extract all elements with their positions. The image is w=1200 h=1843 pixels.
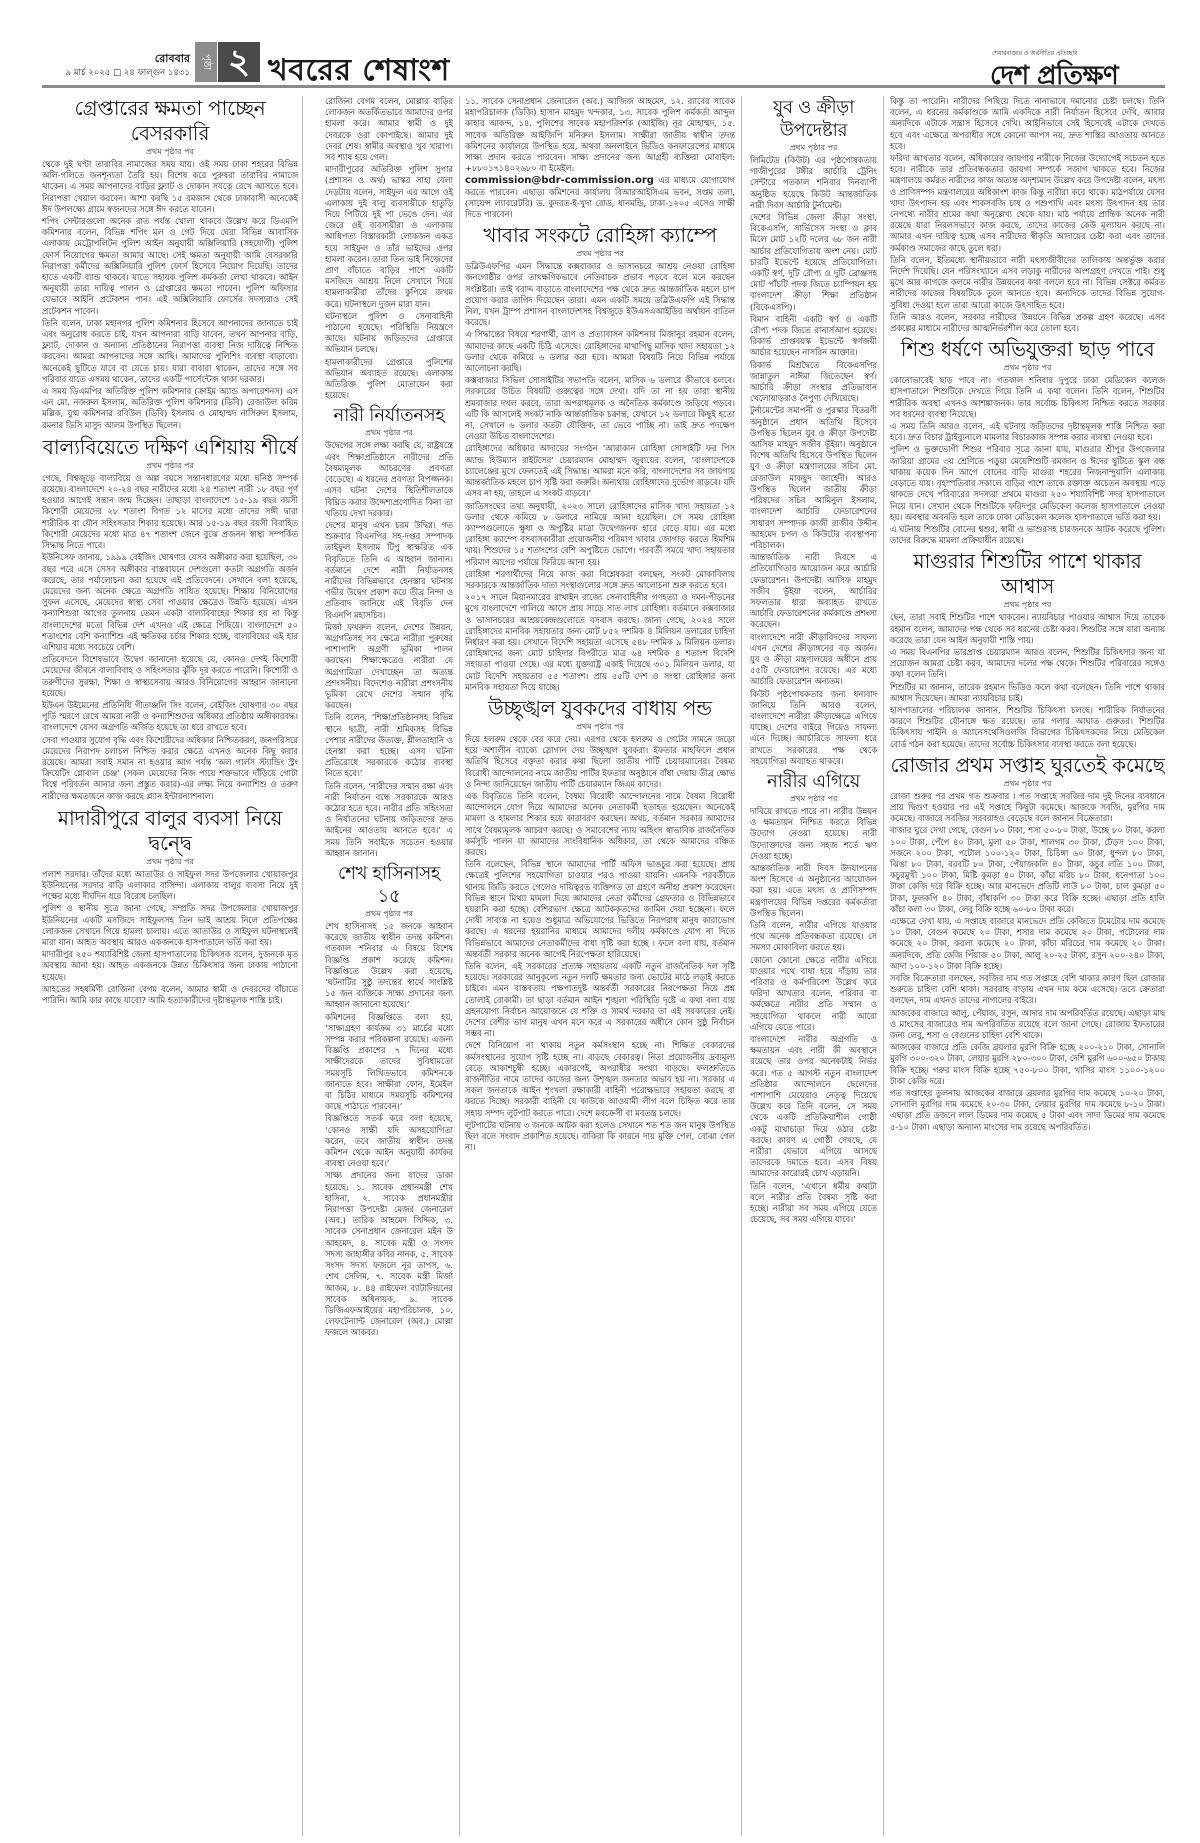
paragraph: প্রতিবেদনে বিশেষভাবে উদ্বেগ জানানো হয়েছ… — [42, 654, 298, 699]
paragraph: তিনি বলেন, এই সরকারের প্রত্যক্ষ সহায়তায… — [465, 961, 735, 1039]
column-2: রোজিনা বেগম বলেন, মোল্লার বাড়ির লোকজন অ… — [325, 96, 453, 1836]
headline: গ্রেপ্তারের ক্ষমতা পাচ্ছেন বেসরকারি — [42, 96, 298, 146]
continued-label: প্রথম পৃষ্ঠার পর — [890, 599, 1165, 610]
paragraph: এ সময় বিএনপির ভারপ্রাপ্ত চেয়ারম্যান আর… — [890, 647, 1165, 681]
paragraph: উদ্বেগের সঙ্গে লক্ষ্য করছি যে, রাষ্ট্রযন… — [325, 440, 453, 518]
paragraph: বাজার ঘুরে দেখা গেছে, বেগুন ৮০ টাকা, শসা… — [890, 825, 1165, 915]
paragraph: গত সপ্তাহের তুলনায় আজকের বাজারে ব্রয়লা… — [890, 1088, 1165, 1133]
continued-label: প্রথম পৃষ্ঠার পর — [465, 721, 735, 732]
paragraph: কিউট পৃষ্ঠপোষকতার জন্য ধন্যবাদ জানিয়ে ত… — [750, 689, 877, 767]
headline: শেখ হাসিনাসহ ১৫ — [325, 862, 453, 908]
commission-email-link[interactable]: commission@bdr-commission.org — [465, 175, 654, 186]
paragraph: ইউএন উইমেনের প্রতিনিধি গীতাঞ্জলি সিং বলে… — [42, 700, 298, 734]
paragraph: ছেন, তারা সবাই শিশুটির পাশে থাকবেন। ন্যা… — [890, 612, 1165, 646]
column-divider — [883, 96, 884, 1836]
paragraph: বিমান বাহিনী একটি স্বর্ণ ও একটি রৌপ্য পদ… — [750, 314, 877, 359]
paragraph: কমিশনের বিজ্ঞপ্তিতে বলা হয়, ‘সাক্ষ্যগ্র… — [325, 1012, 453, 1113]
headline: মাদারীপুরে বালুর ব্যবসা নিয়ে দ্বন্দ্বে — [42, 806, 298, 856]
paragraph: তিনি বলেন, ইতিমধ্যে স্থানীয়ভাবে নারী মৎ… — [890, 255, 1165, 311]
paragraph: বাংলাদেশে নারী ক্রীড়াবিদদের সাফল্য এখন … — [750, 632, 877, 688]
paragraph: মাদারীপুর ২৫০ শয্যাবিশিষ্ট জেলা হাসপাতাল… — [42, 949, 298, 983]
paragraph: আহতের সহধর্মিণী রোজিনা বেগম বলেন, আমার স… — [42, 984, 298, 1006]
column-divider — [302, 96, 303, 1836]
newspaper-logo: দেশ প্রতিক্ষণ — [990, 55, 1118, 99]
paragraph: থেকে দুই ঘণ্টা তারাবির নামাজের সময় যায়… — [42, 159, 298, 215]
paragraph: কোনোভাবেই ছাড় পাবে না। গতকাল শনিবার দুপ… — [890, 375, 1165, 420]
paragraph: পলাশ সরদার। তাঁদের মধ্যে আতাউর ও সাইফুল … — [42, 869, 298, 903]
paragraph: আজকের বাজারে আলু, পেঁয়াজ, রসুন, আদার দা… — [890, 1008, 1165, 1042]
continued-label: প্রথম পৃষ্ঠার পর — [325, 908, 453, 919]
section-title: খবরের শেষাংশ — [268, 46, 450, 97]
paragraph: দেশে বিনিয়োগ না থাকায় নতুন কর্মসংস্থান… — [465, 1040, 735, 1118]
paragraph: তিনি বলেন, ‘নারীদের সম্মান রক্ষা এবং নার… — [325, 781, 453, 859]
paragraph: দেশের মানুষ এখন চরম উদ্বিগ্ন। গত শুক্রবা… — [325, 520, 453, 621]
headline: যুব ও ক্রীড়া উপদেষ্টার — [750, 96, 877, 142]
article-sports-adviser: যুব ও ক্রীড়া উপদেষ্টার প্রথম পৃষ্ঠার পর… — [750, 96, 877, 767]
article-women-forward: নারীর এগিয়ে প্রথম পৃষ্ঠার পর দাবিয়ে রা… — [750, 770, 877, 1226]
paragraph: তিনি বলেছেন, বিভিন্ন স্থানে আমাদের পার্ট… — [465, 859, 735, 960]
article-women-oppression: নারী নির্যাতনসহ প্রথম পৃষ্ঠার পর উদ্বেগে… — [325, 404, 453, 859]
paragraph: এক বিবৃতিতে তিনি বলেন, বৈষম্য বিরোধী আন্… — [465, 791, 735, 858]
continued-label: প্রথম পৃষ্ঠার পর — [890, 778, 1165, 789]
paragraph: কোনো কোনো ক্ষেত্রে নারীর এগিয়ে যাওয়ার … — [750, 955, 877, 1033]
paragraph: আন্তর্জাতিক নারী দিবস উদযাপনের অংশ হিসেব… — [750, 863, 877, 919]
paragraph: হাসপাতালের পরিচালক জানান, শিশুটির চিকিৎস… — [890, 705, 1165, 750]
article-unruly-youth: উচ্ছৃঙ্খল যুবকদের বাধায় পন্ড প্রথম পৃষ্… — [465, 696, 735, 1154]
page-number: ২ — [218, 42, 260, 82]
column-4: যুব ও ক্রীড়া উপদেষ্টার প্রথম পৃষ্ঠার পর… — [750, 96, 877, 1836]
paragraph: হামলাকারীদের গ্রেপ্তারে পুলিশের অভিযান অ… — [325, 357, 453, 402]
continued-label: প্রথম পৃষ্ঠার পর — [325, 427, 453, 438]
headline: বাল্যবিয়েতে দক্ষিণ এশিয়ায় শীর্ষে — [42, 435, 298, 460]
paragraph: দেশের বিভিন্ন জেলা ক্রীড়া সংস্থা, বিকেএ… — [750, 212, 877, 313]
paragraph: এ ঘটনায় শিশুটির বোনের শ্বশুর, স্বামী ও … — [890, 524, 1165, 546]
headline: রোজার প্রথম সপ্তাহ ঘুরতেই কমেছে — [890, 753, 1165, 778]
paragraph: commission@bdr-commission.org এর মাধ্যমে… — [465, 175, 735, 220]
continued-label: প্রথম পৃষ্ঠার পর — [42, 856, 298, 867]
paragraph: রোজা শুরুর পর প্রথম গত শুক্রবার । গত সপ্… — [890, 791, 1165, 825]
column-1: গ্রেপ্তারের ক্ষমতা পাচ্ছেন বেসরকারি প্রথ… — [42, 96, 298, 1836]
column-5: কিন্তু তা পারেনি। নারীদের পিছিয়ে দিতে ন… — [890, 96, 1165, 1836]
column-divider — [459, 96, 460, 1836]
paragraph: বিজ্ঞপ্তিতে সতর্ক করে বলা হয়েছে, ‘কোনও … — [325, 1113, 453, 1169]
paragraph: দাবিয়ে রাখতে পারে না। নারীর উন্নয়ন ও ক… — [750, 806, 877, 862]
paragraph: মাদারীপুরের অতিরিক্ত পুলিশ সুপার (প্রশাস… — [325, 164, 453, 310]
continued-label: প্রথম পৃষ্ঠার পর — [890, 362, 1165, 373]
article-magura: মাগুরার শিশুটির পাশে থাকার আশ্বাস প্রথম … — [890, 549, 1165, 749]
paragraph: লিমিটেড (কিউট) এর পৃষ্ঠপোষকতায় গাজীপুরে… — [750, 155, 877, 211]
paragraph: তিনি বলেন, ঢাকা মহানগর পুলিশ কমিশনার হিস… — [42, 318, 298, 385]
article-sheikh-hasina: শেখ হাসিনাসহ ১৫ প্রথম পৃষ্ঠার পর শেখ হাস… — [325, 862, 453, 1339]
paragraph: তিনি আরও বলেন, সরকার নারীদের উন্নয়নে বি… — [890, 312, 1165, 334]
continued-label: প্রথম পৃষ্ঠার পর — [465, 248, 735, 259]
headline: মাগুরার শিশুটির পাশে থাকার আশ্বাস — [890, 549, 1165, 599]
article-madaripur: মাদারীপুরে বালুর ব্যবসা নিয়ে দ্বন্দ্বে … — [42, 806, 298, 1006]
article-ramadan-prices: রোজার প্রথম সপ্তাহ ঘুরতেই কমেছে প্রথম পৃ… — [890, 753, 1165, 1133]
article-child-marriage: বাল্যবিয়েতে দক্ষিণ এশিয়ায় শীর্ষে প্রথ… — [42, 435, 298, 802]
paragraph: এ সময় ডিএমপির অতিরিক্ত পুলিশ কমিশনার (ক… — [42, 386, 298, 431]
masthead-divider — [42, 85, 1165, 88]
paragraph: শেখ হাসিনাসহ ১৫ জনকে আহ্বান করেছে জাতীয়… — [325, 921, 453, 1011]
paragraph: গেছে, বিশ্বজুড়ে বাল্যবিয়ে ও অল্প বয়সে… — [42, 473, 298, 551]
paragraph: শপিং সেন্টারগুলো অনেক রাত পর্যন্ত খোলা থ… — [42, 216, 298, 317]
article-arrest: গ্রেপ্তারের ক্ষমতা পাচ্ছেন বেসরকারি প্রথ… — [42, 96, 298, 431]
column-divider — [741, 96, 742, 1836]
paragraph: রিকার্ভ মিশ্রদ্বৈতে বিকেএসপির জান্নাতুল … — [750, 360, 877, 405]
paragraph: ফরিদা আখতার বলেন, অধিকারের জায়গায় নারী… — [890, 153, 1165, 254]
paragraph: ১১. সাবেক সেনাপ্রধান জেনারেল (অব.) আজিজ … — [465, 96, 735, 174]
paragraph: এ সময় তিনি আরও বলেন, এই ঘটনায় জড়িতদের… — [890, 421, 1165, 443]
headline: শিশু ধর্ষণে অভিযুক্তরা ছাড় পাবে — [890, 337, 1165, 362]
paragraph: তিনি বলেন, ‘শিক্ষাপ্রতিষ্ঠানসহ বিভিন্ন স… — [325, 712, 453, 779]
paragraph: তিনি বলেন, ‘এখানে ধর্মীয় কথাটা বলে নারী… — [750, 1181, 877, 1226]
headline: নারী নির্যাতনসহ — [325, 404, 453, 427]
paragraph: পুলিশ ও ভুক্তভোগী শিশুর পরিবার সূত্রে জা… — [890, 444, 1165, 522]
paragraph: লুটপাটের ঘটনায় ৩ জনকে আটক করা হলেও সেখা… — [465, 1120, 735, 1154]
column-3: ১১. সাবেক সেনাপ্রধান জেনারেল (অব.) আজিজ … — [465, 96, 735, 1836]
issue-date: ৯ মার্চ ২০২৫ □ ২৪ ফাল্গুন ১৪৩১ — [40, 66, 190, 80]
paragraph: তিনি বলেন, নারীর এগিয়ে যাওয়ার পথে অনেক… — [750, 920, 877, 954]
paragraph: টুর্নামেন্টের সমাপনী ও পুরস্কার বিতরণী অ… — [750, 405, 877, 551]
headline: খাবার সংকটে রোহিঙ্গা ক্যাম্পে — [465, 223, 735, 248]
paragraph: দিয়ে হলরুম থেকে বের করে দেয়। এরপর থেকে… — [465, 734, 735, 790]
continued-label: প্রথম পৃষ্ঠার পর — [750, 793, 877, 804]
paragraph: ২০১৭ সালে মিয়ানমারের রাখাইন রাজ্যে সেনা… — [465, 592, 735, 693]
article-child-abuse: শিশু ধর্ষণে অভিযুক্তরা ছাড় পাবে প্রথম প… — [890, 337, 1165, 546]
paragraph: জাতিসংঘের তথ্য অনুযায়ী, ২০২৩ সালে রোহিঙ… — [465, 501, 735, 568]
paragraph: মির্জা ফখরুল বলেন, দেশের উন্নয়ন, অগ্রগত… — [325, 622, 453, 712]
page-label: পৃষ্ঠা — [195, 42, 217, 82]
paragraph: বাংলাদেশে নারীর অগ্রগতি ও ক্ষমতায়ন এবং … — [750, 1034, 877, 1180]
paragraph: রোহিঙ্গাদের অধিকার আদায়ের সংগঠন ‘আরাকান… — [465, 443, 735, 499]
paragraph: সবজি বিক্রেতারা বলছেন, সবজির দাম গত সপ্ত… — [890, 973, 1165, 1007]
paragraph: সেবা পাওয়ার সুযোগ বৃদ্ধি এবং কিশোরীদের … — [42, 735, 298, 802]
continued-label: প্রথম পৃষ্ঠার পর — [42, 460, 298, 471]
paragraph: সাক্ষ্য প্রদানের জন্য যাদের ডাকা হয়েছে:… — [325, 1170, 453, 1338]
paragraph: আজকের বাজারে প্রতি কেজি ব্রয়লার মুরগি ব… — [890, 1042, 1165, 1087]
continued-label: প্রথম পৃষ্ঠার পর — [42, 146, 298, 157]
headline: নারীর এগিয়ে — [750, 770, 877, 793]
article-bdr-commission: ১১. সাবেক সেনাপ্রধান জেনারেল (অব.) আজিজ … — [465, 96, 735, 220]
paragraph: কিন্তু তা পারেনি। নারীদের পিছিয়ে দিতে ন… — [890, 96, 1165, 152]
continued-label: প্রথম পৃষ্ঠার পর — [750, 142, 877, 153]
article-rohingya: খাবার সংকটে রোহিঙ্গা ক্যাম্পে প্রথম পৃষ্… — [465, 223, 735, 693]
headline: উচ্ছৃঙ্খল যুবকদের বাধায় পন্ড — [465, 696, 735, 721]
paragraph: এক্ষেত্রে দেখা যায়, এ সপ্তাহে বাজারে মা… — [890, 916, 1165, 972]
paragraph: ডব্লিউএফপির এমন সিদ্ধান্তে কক্সবাজার ও ভ… — [465, 261, 735, 328]
masthead: রোববার ৯ মার্চ ২০২৫ □ ২৪ ফাল্গুন ১৪৩১ পৃ… — [0, 0, 1200, 82]
paragraph: আন্তর্জাতিক নারী দিবসে এ প্রতিযোগিতার আয… — [750, 552, 877, 630]
paragraph: রোজিনা বেগম বলেন, মোল্লার বাড়ির লোকজন অ… — [325, 96, 453, 163]
paragraph: ঘটনাস্থলে পুলিশ ও সেনাবাহিনী পাঠানো হয়ে… — [325, 311, 453, 356]
paragraph: কক্সবাজার সিভিল সোসাইটির সভাপতি বলেন, মা… — [465, 375, 735, 442]
paragraph: রোহিঙ্গা শরণার্থীদের নিয়ে কাজ করা বিশ্ল… — [465, 569, 735, 591]
paragraph: এ সিদ্ধান্তের বিষয়ে শরণার্থী, ত্রাণ ও প… — [465, 329, 735, 374]
paragraph: ইউনিসেফ জানায়, ১৯৯৯ বেইজিং ঘোষণার যেসব … — [42, 552, 298, 653]
paragraph: পুলিশ ও স্থানীয় সূত্রে জানা গেছে, সম্প্… — [42, 903, 298, 948]
paragraph: শিশুটির মা জানান, তারেক রহমান ভিডিও কলে … — [890, 682, 1165, 704]
